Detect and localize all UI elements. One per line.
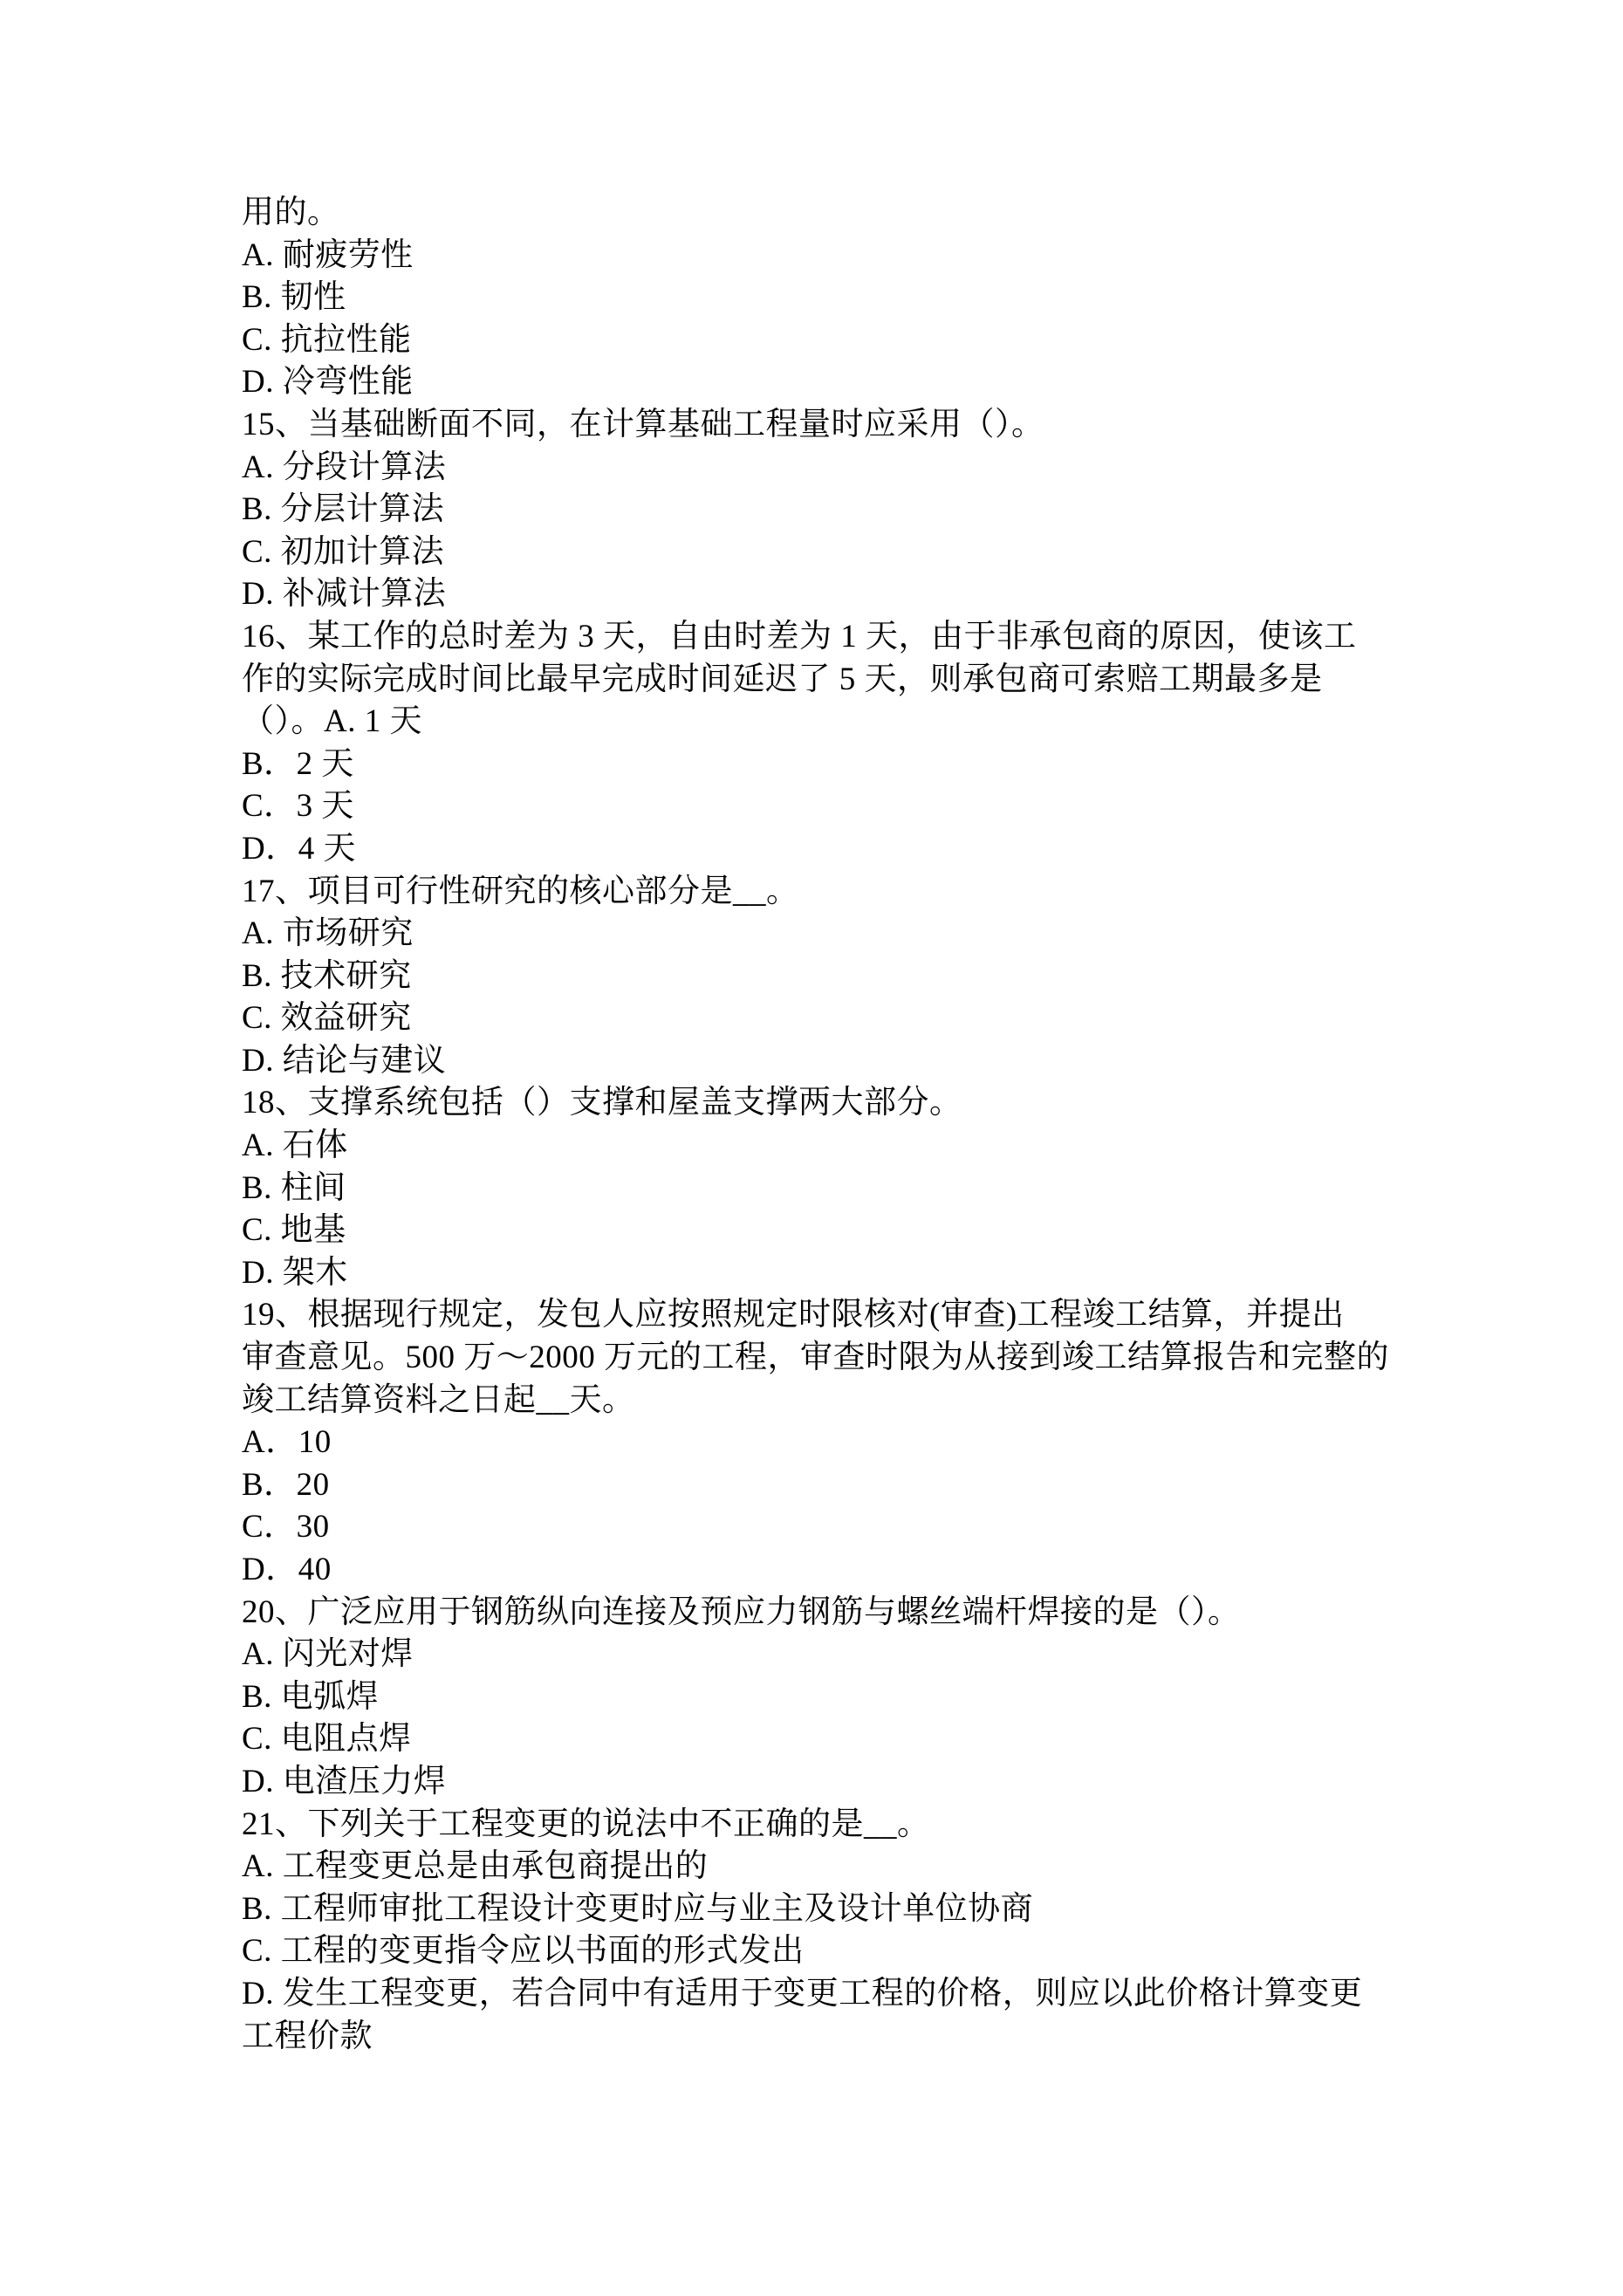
question-stem-line: 18、支撑系统包括（）支撑和屋盖支撑两大部分。 [242, 1082, 1376, 1125]
option-line: D．4 天 [242, 828, 1376, 871]
option-line: C. 效益研究 [242, 997, 1376, 1040]
option-line: D. 电渣压力焊 [242, 1761, 1376, 1804]
option-line: D. 冷弯性能 [242, 361, 1376, 404]
option-line: C. 地基 [242, 1210, 1376, 1252]
question-stem-line: 15、当基础断面不同，在计算基础工程量时应采用（）。 [242, 404, 1376, 447]
option-line: B．20 [242, 1464, 1376, 1507]
option-line: C. 抗拉性能 [242, 319, 1376, 362]
option-line: C. 初加计算法 [242, 531, 1376, 574]
continuation-line: 竣工结算资料之日起__天。 [242, 1380, 1376, 1422]
option-line: B. 分层计算法 [242, 489, 1376, 531]
option-line: A. 耐疲劳性 [242, 235, 1376, 278]
option-line: D. 发生工程变更，若合同中有适用于变更工程的价格，则应以此价格计算变更 [242, 1973, 1376, 2016]
question-stem-line: 21、下列关于工程变更的说法中不正确的是__。 [242, 1804, 1376, 1847]
continuation-line: 用的。 [242, 192, 1376, 235]
document-page: 用的。A. 耐疲劳性B. 韧性C. 抗拉性能D. 冷弯性能15、当基础断面不同，… [0, 0, 1623, 2296]
question-stem-line: 17、项目可行性研究的核心部分是__。 [242, 871, 1376, 914]
option-line: B．2 天 [242, 744, 1376, 786]
option-line: D. 架木 [242, 1252, 1376, 1295]
option-line: B. 韧性 [242, 277, 1376, 319]
option-line: C. 电阻点焊 [242, 1718, 1376, 1761]
option-line: A. 分段计算法 [242, 447, 1376, 490]
option-line: B. 电弧焊 [242, 1676, 1376, 1719]
question-stem-line: 19、根据现行规定，发包人应按照规定时限核对(审查)工程竣工结算，并提出 [242, 1294, 1376, 1337]
option-line: C. 工程的变更指令应以书面的形式发出 [242, 1930, 1376, 1973]
option-line: D．40 [242, 1549, 1376, 1592]
question-list: 用的。A. 耐疲劳性B. 韧性C. 抗拉性能D. 冷弯性能15、当基础断面不同，… [242, 192, 1376, 2058]
option-line: A. 闪光对焊 [242, 1634, 1376, 1676]
continuation-line: 审查意见。500 万～2000 万元的工程，审查时限为从接到竣工结算报告和完整的 [242, 1337, 1376, 1380]
option-line: D. 补减计算法 [242, 573, 1376, 616]
continuation-line: （）。A. 1 天 [242, 701, 1376, 744]
option-line: B. 柱间 [242, 1168, 1376, 1210]
option-line: B. 工程师审批工程设计变更时应与业主及设计单位协商 [242, 1888, 1376, 1931]
continuation-line: 工程价款 [242, 2016, 1376, 2059]
option-line: A. 石体 [242, 1125, 1376, 1168]
option-line: A. 市场研究 [242, 913, 1376, 956]
option-line: C．3 天 [242, 785, 1376, 828]
question-stem-line: 16、某工作的总时差为 3 天，自由时差为 1 天，由于非承包商的原因，使该工 [242, 616, 1376, 659]
option-line: A. 工程变更总是由承包商提出的 [242, 1846, 1376, 1888]
continuation-line: 作的实际完成时间比最早完成时间延迟了 5 天，则承包商可索赔工期最多是 [242, 659, 1376, 702]
option-line: C．30 [242, 1506, 1376, 1549]
option-line: A．10 [242, 1422, 1376, 1464]
question-stem-line: 20、广泛应用于钢筋纵向连接及预应力钢筋与螺丝端杆焊接的是（）。 [242, 1592, 1376, 1635]
option-line: B. 技术研究 [242, 956, 1376, 998]
option-line: D. 结论与建议 [242, 1040, 1376, 1083]
